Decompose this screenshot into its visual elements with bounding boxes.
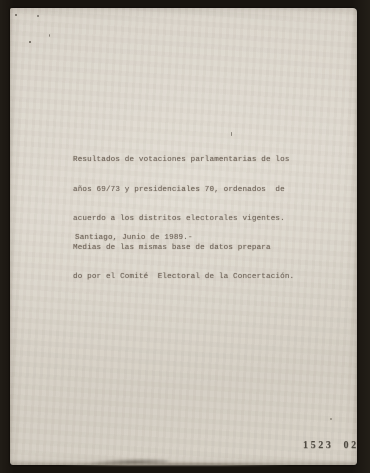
ink-speck <box>330 418 332 420</box>
typed-line: Resultados de votaciones parlamentarias … <box>73 156 294 166</box>
typed-line: Medias de las mismas base de datos prepa… <box>73 244 294 254</box>
paper-edge-shadow <box>60 463 290 466</box>
ink-speck <box>49 34 50 37</box>
typed-line: do por el Comité Electoral de la Concert… <box>73 273 294 283</box>
typed-line: acuerdo a los distritos electorales vige… <box>73 215 294 225</box>
stamp-number: 1523 02 <box>303 440 359 451</box>
ink-speck <box>15 14 17 16</box>
ink-speck <box>29 41 31 43</box>
ink-speck <box>231 132 232 136</box>
ink-speck <box>37 15 39 17</box>
paper-sheet: Resultados de votaciones parlamentarias … <box>10 8 357 465</box>
typed-paragraph: Resultados de votaciones parlamentarias … <box>73 137 294 302</box>
date-line: Santiago, Junio de 1989.- <box>75 234 193 242</box>
typed-line: años 69/73 y presidenciales 70, ordenado… <box>73 186 294 196</box>
